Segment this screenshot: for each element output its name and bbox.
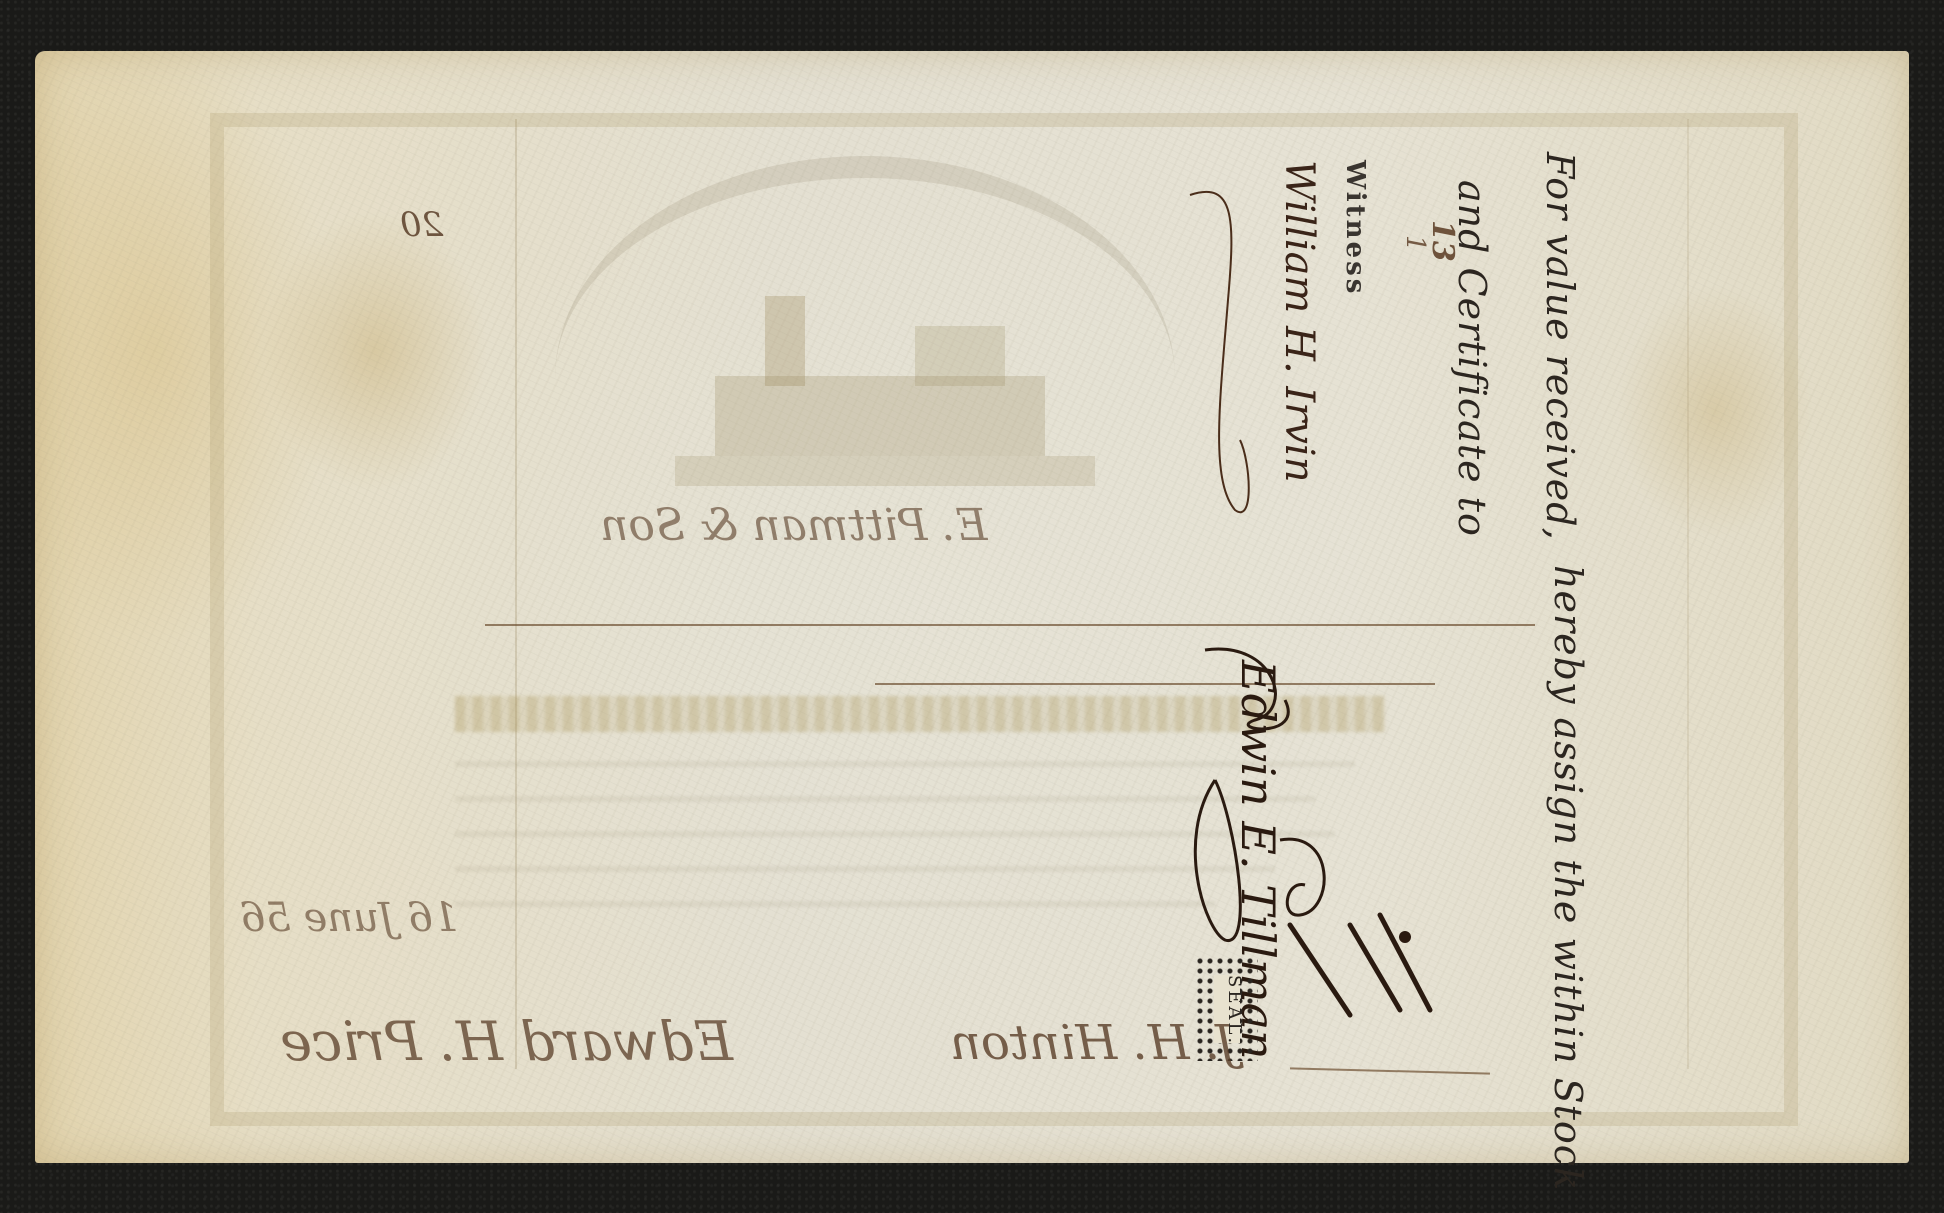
ruled-line-shares: [875, 683, 1435, 685]
signature-near-seal: J. H. Hinton: [950, 1015, 1236, 1071]
ruled-line-assignee: [485, 624, 1535, 626]
margin-number: 20: [400, 205, 443, 245]
printed-for-value-received: For value received,: [1538, 152, 1582, 541]
bleed-text-line: [455, 866, 1275, 872]
shares-number: 13: [1425, 220, 1460, 262]
printed-hereby-assign: hereby assign the within Stock: [1546, 565, 1590, 1191]
shares-mark: 1: [1400, 235, 1430, 252]
printed-witness-label: Witness: [1340, 160, 1370, 296]
witness-flourish-icon: [1180, 180, 1260, 530]
bleed-text-line: [455, 901, 1215, 907]
mirrored-date: 16 June 56: [240, 895, 458, 941]
certificate-paper: [35, 51, 1909, 1163]
locomotive-vignette-icon: [675, 296, 1095, 496]
witness-signature: William H. Irvin: [1276, 160, 1322, 482]
mirrored-assignee-name: E. Pittman & Son: [600, 500, 988, 551]
mirrored-signature-bottom: Edward H. Price: [280, 1010, 733, 1073]
signature-strokes-near-seal: [1280, 905, 1460, 1035]
